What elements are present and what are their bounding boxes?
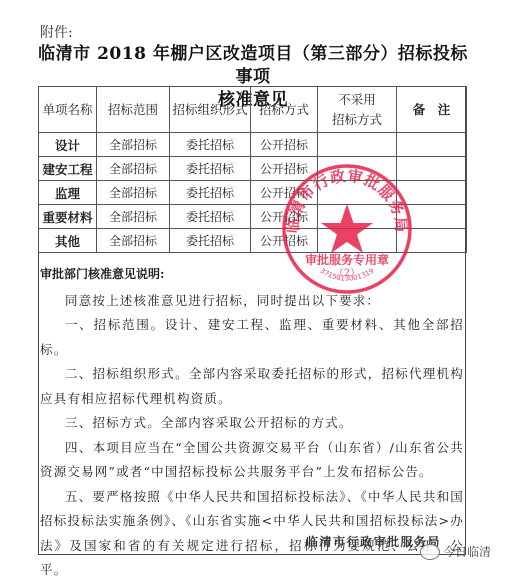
header-scope: 招标范围 (97, 87, 170, 133)
header-remarks: 备 注 (397, 87, 467, 133)
opinion-paragraph: 二、招标组织形式。全部内容采取委托招标的形式，招标代理机构应具有相应招标代理机构… (40, 362, 464, 411)
cell-remarks (397, 133, 467, 157)
cell-not-adopted (318, 181, 397, 205)
cell-not-adopted (318, 205, 397, 229)
header-not-adopted-line2: 招标方式 (318, 110, 396, 130)
wechat-icon (420, 544, 440, 560)
header-not-adopted: 不采用 招标方式 (318, 87, 397, 133)
cell-org-form: 委托招标 (170, 181, 251, 205)
header-org-form: 招标组织形式 (170, 87, 251, 133)
header-method: 招标方式 (251, 87, 318, 133)
cell-org-form: 委托招标 (170, 133, 251, 157)
opinion-heading: 审批部门核准意见说明: (40, 262, 464, 287)
cell-scope: 全部招标 (97, 133, 170, 157)
cell-scope: 全部招标 (97, 181, 170, 205)
cell-name: 重要材料 (39, 205, 97, 229)
cell-remarks (397, 229, 467, 253)
cell-not-adopted (318, 133, 397, 157)
cell-name: 监理 (39, 181, 97, 205)
opinion-paragraph: 四、本项目应当在“全国公共资源交易平台（山东省）/山东省公共资源交易网”或者“中… (40, 436, 464, 485)
title-line-1: 临清市 2018 年棚户区改造项目（第三部分）招标投标事项 (30, 43, 476, 89)
cell-scope: 全部招标 (97, 157, 170, 181)
table-row: 建安工程 全部招标 委托招标 公开招标 (39, 157, 467, 181)
header-not-adopted-line1: 不采用 (318, 90, 396, 110)
cell-not-adopted (318, 229, 397, 253)
attachment-label: 附件: (40, 22, 73, 42)
cell-method: 公开招标 (251, 181, 318, 205)
cell-not-adopted (318, 157, 397, 181)
cell-org-form: 委托招标 (170, 157, 251, 181)
cell-org-form: 委托招标 (170, 229, 251, 253)
cell-method: 公开招标 (251, 133, 318, 157)
table-row: 设计 全部招标 委托招标 公开招标 (39, 133, 467, 157)
table-header-row: 单项名称 招标范围 招标组织形式 招标方式 不采用 招标方式 备 注 (39, 87, 467, 133)
table-row: 其他 全部招标 委托招标 公开招标 (39, 229, 467, 253)
watermark: 今日临清 (420, 543, 491, 560)
cell-method: 公开招标 (251, 229, 318, 253)
cell-scope: 全部招标 (97, 205, 170, 229)
table-row: 重要材料 全部招标 委托招标 公开招标 (39, 205, 467, 229)
cell-remarks (397, 157, 467, 181)
approval-opinion-section: 审批部门核准意见说明: 同意按上述核准意见进行招标，同时提出以下要求： 一、招标… (40, 262, 464, 576)
opinion-paragraph: 三、招标方式。全部内容采取公开招标的方式。 (40, 411, 464, 436)
opinion-paragraph: 一、招标范围。设计、建安工程、监理、重要材料、其他全部招标。 (40, 313, 464, 362)
cell-name: 建安工程 (39, 157, 97, 181)
opinion-paragraph: 同意按上述核准意见进行招标，同时提出以下要求： (40, 289, 464, 314)
approval-table: 单项名称 招标范围 招标组织形式 招标方式 不采用 招标方式 备 注 设计 全部… (38, 86, 467, 253)
cell-method: 公开招标 (251, 157, 318, 181)
cell-name: 其他 (39, 229, 97, 253)
watermark-text: 今日临清 (443, 543, 491, 560)
opinion-paragraph: 五、要严格按照《中华人民共和国招标投标法》、《中华人民共和国招标投标法实施条例》… (40, 485, 464, 576)
cell-org-form: 委托招标 (170, 205, 251, 229)
cell-scope: 全部招标 (97, 229, 170, 253)
cell-name: 设计 (39, 133, 97, 157)
cell-remarks (397, 205, 467, 229)
header-item-name: 单项名称 (39, 87, 97, 133)
table-row: 监理 全部招标 委托招标 公开招标 (39, 181, 467, 205)
cell-method: 公开招标 (251, 205, 318, 229)
cell-remarks (397, 181, 467, 205)
